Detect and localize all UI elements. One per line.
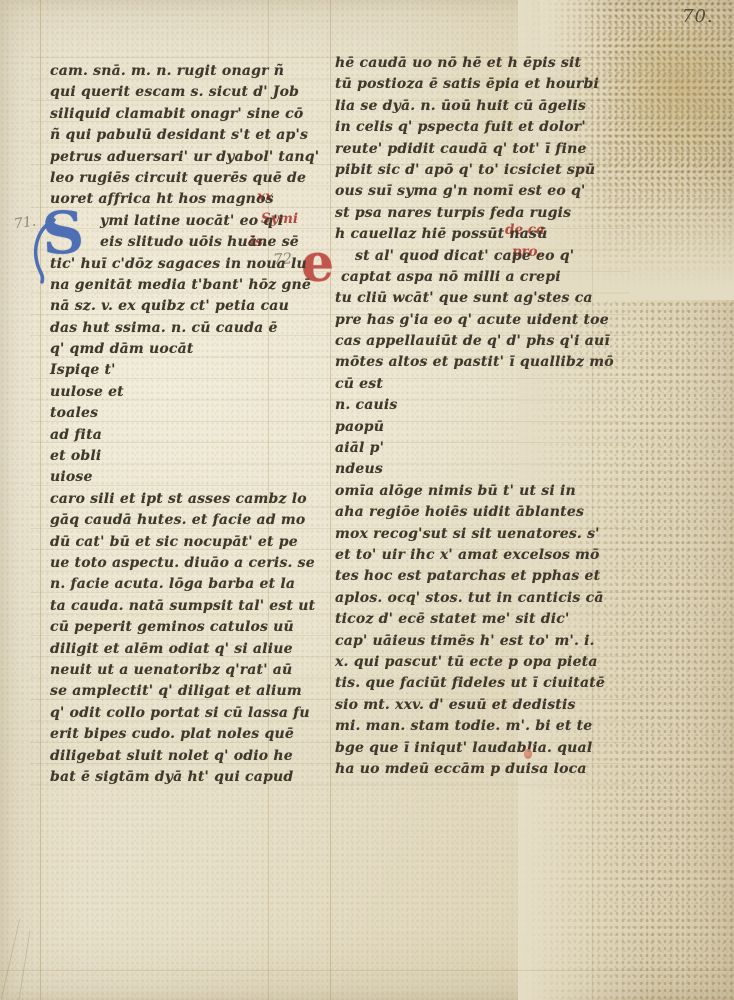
text-line: siliquid clamabit onagr' sine cō <box>50 104 312 125</box>
ruling-line-vertical-left <box>40 0 41 1000</box>
text-line: dū cat' bū et sic nocupāt' et pe <box>50 532 312 553</box>
text-line: mox recog'sut si sit uenatores. s' <box>335 524 603 545</box>
text-line: Ispiqe t' <box>50 360 312 381</box>
text-line: captat aspa nō milli a crepi <box>335 267 603 288</box>
text-line: ue toto aspectu. diuāo a ceris. se <box>50 553 312 574</box>
text-line: cap' uāieus timēs h' est to' m'. i. <box>335 631 603 652</box>
text-line: q' odit collo portat si cū lassa fu <box>50 703 312 724</box>
text-line: uulose et <box>50 382 312 403</box>
text-line: uoret affrica ht hos magnos <box>50 189 312 210</box>
text-column-right: hē caudā uo nō hē et h ēpis sittū postio… <box>335 53 603 780</box>
text-line: ñ qui pabulū desidant s't et ap's <box>50 125 312 146</box>
text-line: n. facie acuta. lōga barba et la <box>50 574 312 595</box>
manuscript-page: 70. 71. 72 S e xx Symi is. de ca pro. ca… <box>0 0 734 1000</box>
text-line: reute' pdidit caudā q' tot' ī fine <box>335 139 603 160</box>
text-line: ha uo mdeū eccām p duisa loca <box>335 759 603 780</box>
text-line: st psa nares turpis feda rugis <box>335 203 603 224</box>
text-line: pre has g'ia eo q' acute uident toe <box>335 310 603 331</box>
text-line: et to' uir ihc x' amat excelsos mō <box>335 545 603 566</box>
text-line: aiāl p' <box>335 438 603 459</box>
text-line: et obli <box>50 446 312 467</box>
text-line: mōtes altos et pastit' ī quallibz mō <box>335 352 603 373</box>
text-line: ymi latine uocāt' eo q'i <box>50 211 312 232</box>
text-line: diligit et alēm odiat q' si aliue <box>50 639 312 660</box>
text-line: x. qui pascut' tū ecte p opa pieta <box>335 652 603 673</box>
text-line: st al' quod dicat' cape eo q' <box>335 246 603 267</box>
text-line: h cauellaz hiē possūt nasū <box>335 224 603 245</box>
text-line: tu cliū wcāt' que sunt ag'stes ca <box>335 288 603 309</box>
text-line: caro sili et ipt st asses cambz lo <box>50 489 312 510</box>
text-line: sio mt. xxv. d' esuū et dedistis <box>335 695 603 716</box>
text-line: das hut ssima. n. cū cauda ē <box>50 318 312 339</box>
text-line: ta cauda. natā sumpsit tal' est ut <box>50 596 312 617</box>
text-line: ndeus <box>335 459 603 480</box>
text-line: toales <box>50 403 312 424</box>
text-line: ticoz d' ecē statet me' sit dic' <box>335 609 603 630</box>
folio-number: 70. <box>682 6 714 27</box>
text-line: gāq caudā hutes. et facie ad mo <box>50 510 312 531</box>
text-line: n. cauis <box>335 395 603 416</box>
text-line: tis. que faciūt fideles ut ī ciuitatē <box>335 673 603 694</box>
wax-stain-dot <box>524 749 532 759</box>
text-line: eis slitudo uōis huāne sē <box>50 232 312 253</box>
ruling-line-vertical-gutter-2 <box>330 0 331 1000</box>
text-line: cam. snā. m. n. rugit onagr ñ <box>50 61 312 82</box>
text-line: bge que ī iniqut' laudablia. qual <box>335 738 603 759</box>
text-line: qui querit escam s. sicut d' Job <box>50 82 312 103</box>
text-line: aha regiōe hoiēs uidit āblantes <box>335 502 603 523</box>
text-line: ous suī syma g'n nomī est eo q' <box>335 181 603 202</box>
text-line: cū est <box>335 374 603 395</box>
text-line: cas appellauiūt de q' d' phs q'i auī <box>335 331 603 352</box>
text-line: aplos. ocq' stos. tut in canticis cā <box>335 588 603 609</box>
text-line: in celis q' pspecta fuit et dolor' <box>335 117 603 138</box>
text-line: bat ē sigtām dyā ht' qui capud <box>50 767 312 788</box>
text-line: erit bipes cudo. plat noles quē <box>50 724 312 745</box>
text-line: tes hoc est patarchas et pphas et <box>335 566 603 587</box>
text-line: se amplectit' q' diligat et alium <box>50 681 312 702</box>
ruling-line-bottom-frame <box>0 970 734 971</box>
text-line: cū peperit geminos catulos uū <box>50 617 312 638</box>
text-line: ad fita <box>50 425 312 446</box>
text-line: nā sz. v. ex quibz ct' petia cau <box>50 296 312 317</box>
text-line: diligebat sluit nolet q' odio he <box>50 746 312 767</box>
text-line: hē caudā uo nō hē et h ēpis sit <box>335 53 603 74</box>
text-line: q' qmd dām uocāt <box>50 339 312 360</box>
text-line: petrus aduersari' ur dyabol' tanq' <box>50 147 312 168</box>
text-line: mi. man. stam todie. m'. bi et te <box>335 716 603 737</box>
text-line: leo rugiēs circuit querēs quē de <box>50 168 312 189</box>
text-line: tic' huī c'dōz sagaces in noua lu <box>50 254 312 275</box>
text-line: neuit ut a uenatoribz q'rat' aū <box>50 660 312 681</box>
text-line: omīa alōge nimis bū t' ut si in <box>335 481 603 502</box>
text-column-left: cam. snā. m. n. rugit onagr ñqui querit … <box>50 61 312 788</box>
text-line: na genitāt media t'bant' hōz gnē <box>50 275 312 296</box>
text-line: paopū <box>335 417 603 438</box>
text-line: pibit sic d' apō q' to' icsiciet spū <box>335 160 603 181</box>
text-line: lia se dyā. n. ūoū huit cū āgelis <box>335 96 603 117</box>
text-line: tū postioza ē satis ēpia et hourbi <box>335 74 603 95</box>
text-line: uiose <box>50 467 312 488</box>
